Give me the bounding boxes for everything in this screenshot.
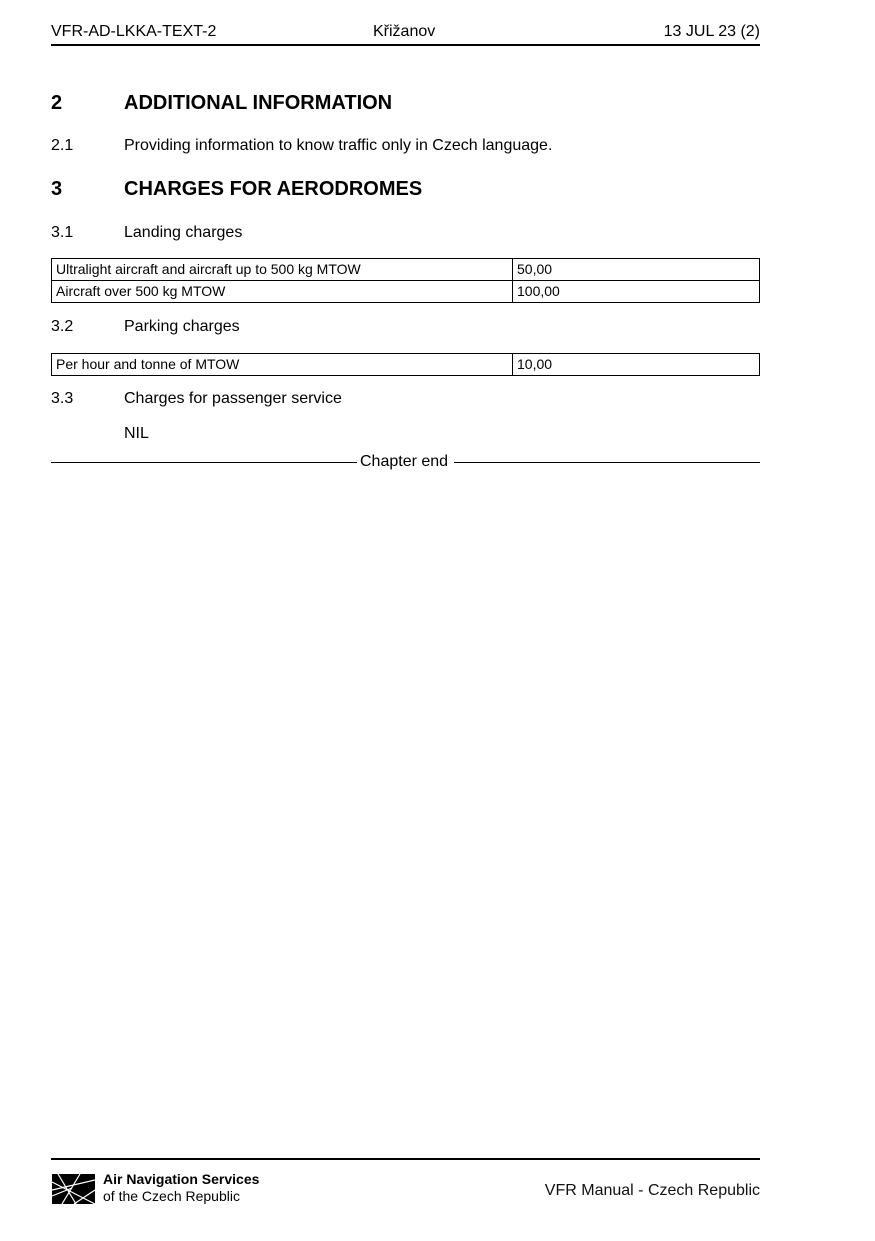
charge-description: Aircraft over 500 kg MTOW — [52, 281, 513, 303]
page-header: VFR-AD-LKKA-TEXT-2 Křižanov 13 JUL 23 (2… — [51, 22, 760, 46]
landing-charges-table: Ultralight aircraft and aircraft up to 5… — [51, 258, 760, 303]
organization-name: Air Navigation Services of the Czech Rep… — [103, 1171, 259, 1205]
section-number: 3 — [51, 177, 62, 201]
subsection-number: 3.3 — [51, 389, 73, 409]
aerodrome-name: Křižanov — [373, 22, 435, 42]
subsection-number: 3.1 — [51, 223, 73, 243]
footer-divider — [51, 1158, 760, 1160]
subsection-title: Landing charges — [124, 223, 242, 243]
nil-value: NIL — [124, 424, 149, 444]
chapter-end-marker: Chapter end — [51, 452, 760, 472]
table-row: Ultralight aircraft and aircraft up to 5… — [52, 259, 760, 281]
paragraph-number: 2.1 — [51, 136, 73, 156]
charge-value: 50,00 — [513, 259, 760, 281]
subsection-title: Parking charges — [124, 317, 240, 337]
table-row: Aircraft over 500 kg MTOW 100,00 — [52, 281, 760, 303]
subsection-title: Charges for passenger service — [124, 389, 342, 409]
charge-value: 10,00 — [513, 354, 760, 376]
paragraph-text: Providing information to know traffic on… — [124, 136, 552, 156]
document-id: VFR-AD-LKKA-TEXT-2 — [51, 22, 216, 42]
section-title: ADDITIONAL INFORMATION — [124, 91, 392, 115]
charge-description: Per hour and tonne of MTOW — [52, 354, 513, 376]
table-row: Per hour and tonne of MTOW 10,00 — [52, 354, 760, 376]
publication-title: VFR Manual - Czech Republic — [545, 1181, 760, 1201]
section-number: 2 — [51, 91, 62, 115]
org-name-line1: Air Navigation Services — [103, 1171, 259, 1188]
divider-right — [454, 462, 760, 463]
chapter-end-label: Chapter end — [360, 452, 448, 472]
subsection-number: 3.2 — [51, 317, 73, 337]
charge-value: 100,00 — [513, 281, 760, 303]
org-name-line2: of the Czech Republic — [103, 1188, 259, 1205]
ans-cr-logo-icon — [52, 1174, 95, 1204]
charge-description: Ultralight aircraft and aircraft up to 5… — [52, 259, 513, 281]
effective-date: 13 JUL 23 (2) — [664, 22, 760, 42]
section-title: CHARGES FOR AERODROMES — [124, 177, 422, 201]
divider-left — [51, 462, 357, 463]
parking-charges-table: Per hour and tonne of MTOW 10,00 — [51, 353, 760, 376]
